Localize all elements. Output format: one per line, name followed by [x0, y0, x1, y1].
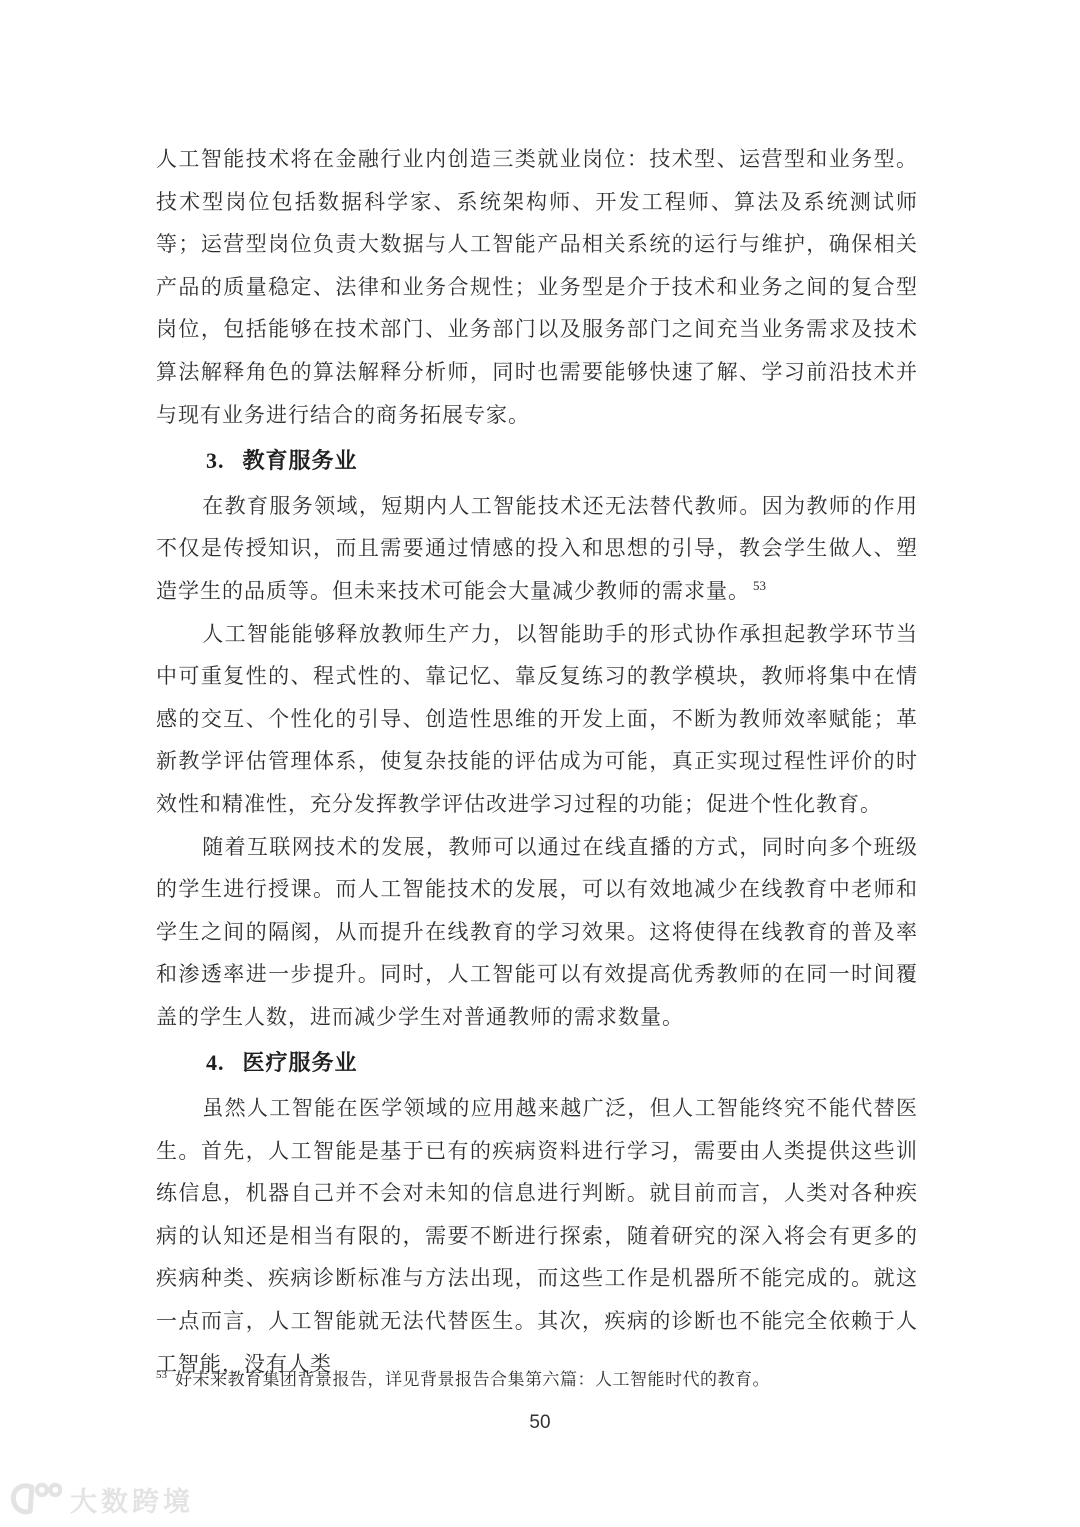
heading-education-services: 3.教育服务业 — [156, 440, 918, 483]
watermark-text: 大数跨境 — [70, 1480, 194, 1519]
footnote: 53好未来教育集团背景报告，详见背景报告合集第六篇：人工智能时代的教育。 — [156, 1368, 918, 1392]
paragraph-education-1: 在教育服务领域，短期内人工智能技术还无法替代教师。因为教师的作用不仅是传授知识，… — [156, 485, 918, 613]
paragraph-education-1-text: 在教育服务领域，短期内人工智能技术还无法替代教师。因为教师的作用不仅是传授知识，… — [156, 494, 918, 603]
heading-education-title: 教育服务业 — [243, 448, 358, 473]
heading-medical-title: 医疗服务业 — [243, 1050, 358, 1075]
paragraph-finance-jobs: 人工智能技术将在金融行业内创造三类就业岗位：技术型、运营型和业务型。技术型岗位包… — [156, 138, 918, 436]
heading-medical-number: 4. — [206, 1050, 225, 1075]
dashu-kuajing-logo-icon — [10, 1481, 62, 1519]
paragraph-medical-1: 虽然人工智能在医学领域的应用越来越广泛，但人工智能终究不能代替医生。首先，人工智… — [156, 1087, 918, 1385]
footnote-reference-53: 53 — [753, 578, 766, 593]
paragraph-education-2: 人工智能能够释放教师生产力，以智能助手的形式协作承担起教学环节当中可重复性的、程… — [156, 613, 918, 826]
heading-education-number: 3. — [206, 448, 225, 473]
paragraph-education-3: 随着互联网技术的发展，教师可以通过在线直播的方式，同时向多个班级的学生进行授课。… — [156, 826, 918, 1039]
footnote-text: 好未来教育集团背景报告，详见背景报告合集第六篇：人工智能时代的教育。 — [175, 1370, 770, 1389]
document-page: 人工智能技术将在金融行业内创造三类就业岗位：技术型、运营型和业务型。技术型岗位包… — [0, 0, 1080, 1527]
page-content: 人工智能技术将在金融行业内创造三类就业岗位：技术型、运营型和业务型。技术型岗位包… — [156, 138, 918, 1385]
footnote-marker: 53 — [156, 1369, 167, 1381]
page-number: 50 — [0, 1412, 1080, 1434]
watermark: 大数跨境 — [10, 1480, 194, 1519]
heading-medical-services: 4.医疗服务业 — [156, 1042, 918, 1085]
